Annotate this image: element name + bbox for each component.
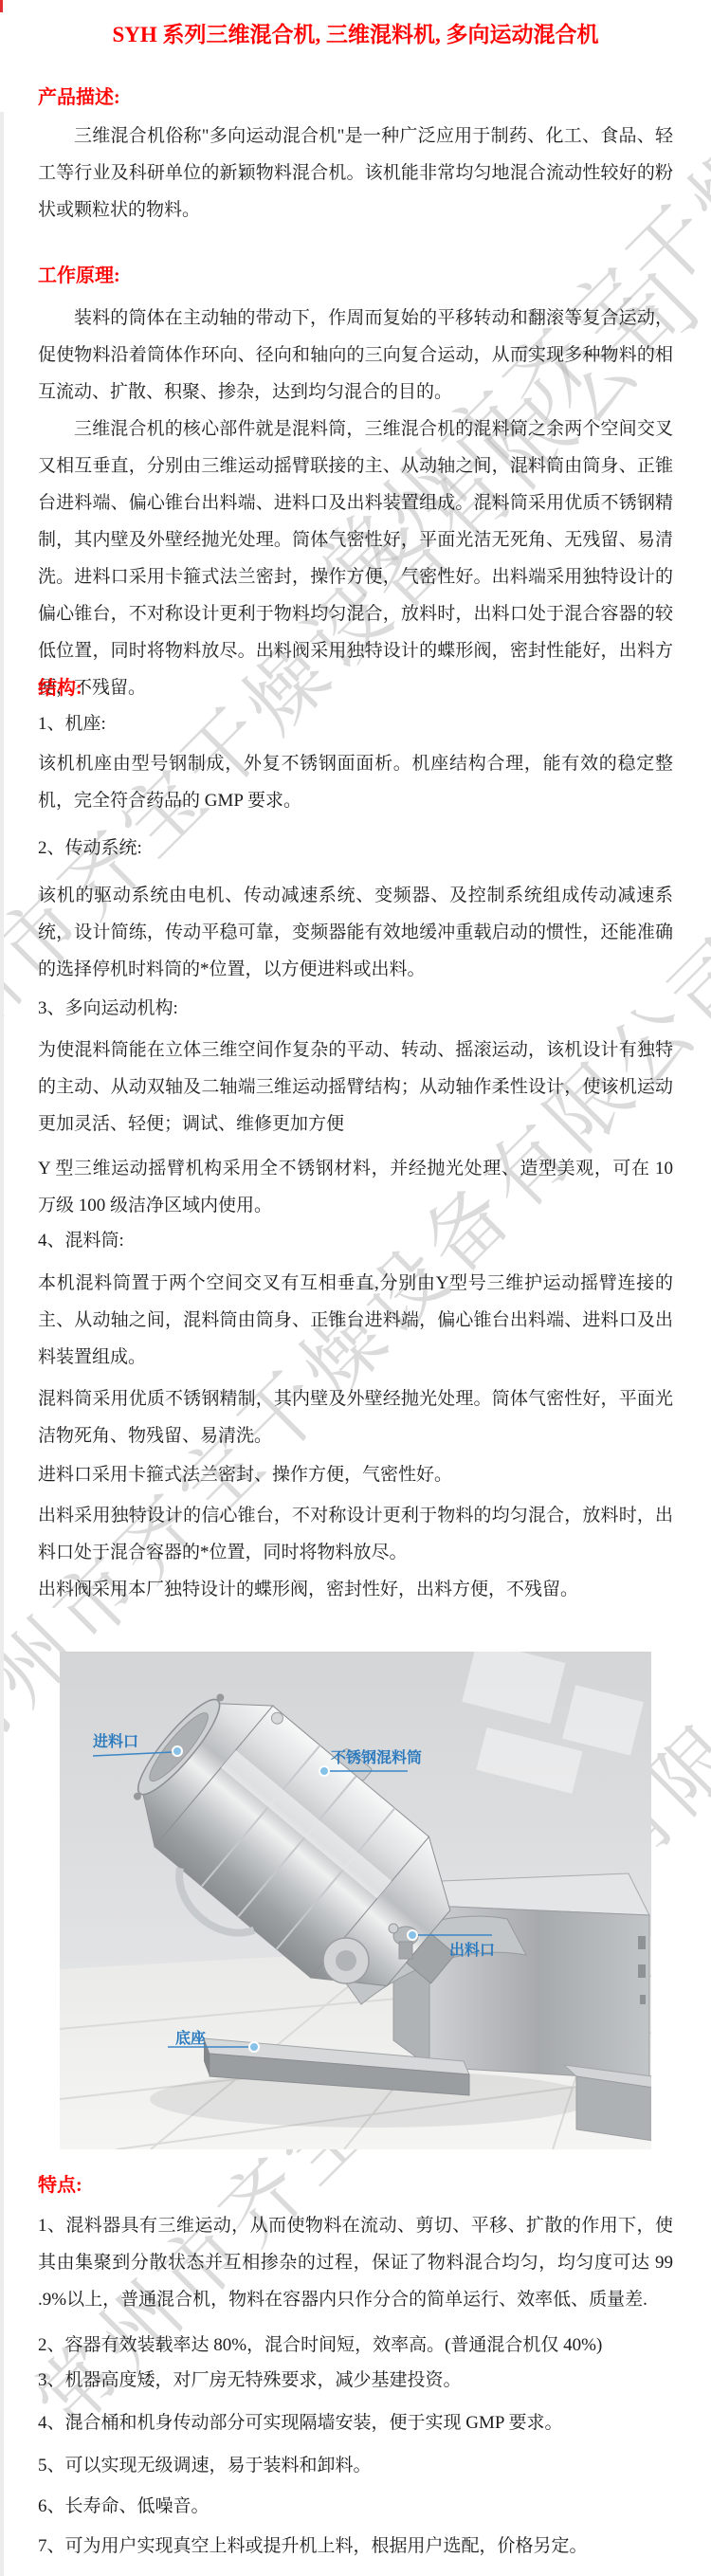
outlet-dot <box>408 1930 417 1940</box>
section-heading-working-principle: 工作原理: <box>38 260 673 287</box>
base-label: 底座 <box>175 2029 206 2047</box>
outlet-label: 出料口 <box>449 1942 495 1959</box>
structure-item-4-text-4: 出料采用独特设计的信心锥台，不对称设计更利于物料的均匀混合，放料时，出料口处于混… <box>38 1497 673 1571</box>
page-corner-mark <box>0 0 3 12</box>
product-photo: 进料口 不锈钢混料筒 出料口 底座 <box>60 1652 651 2149</box>
feature-item-2: 2、容器有效装载率达 80%，混合时间短，效率高。(普通混合机仅 40%) <box>38 2327 673 2364</box>
structure-item-4-label: 4、混料筒: <box>38 1226 673 1251</box>
page-title: SYH 系列三维混合机, 三维混料机, 多向运动混合机 <box>0 17 711 48</box>
structure-item-3-text-2: Y 型三维运动摇臂机构采用全不锈钢材料，并经抛光处理、造型美观，可在 10 万级… <box>38 1150 673 1224</box>
inlet-label: 进料口 <box>93 1733 138 1750</box>
structure-item-3-text-1: 为使混料筒能在立体三维空间作复杂的平动、转动、摇滚运动，该机设计有独特的主动、从… <box>38 1032 673 1142</box>
feature-item-1: 1、混料器具有三维运动，从而使物料在流动、剪切、平移、扩散的作用下，使其由集聚到… <box>38 2207 673 2318</box>
arm-hub-center <box>336 1950 356 1971</box>
feature-item-5: 5、可以实现无级调速，易于装料和卸料。 <box>38 2447 673 2484</box>
feature-item-4: 4、混合桶和机身传动部分可实现隔墙安装，便于实现 GMP 要求。 <box>38 2404 673 2441</box>
structure-item-1-label: 1、机座: <box>38 709 673 735</box>
product-desc-paragraph: 三维混合机俗称"多向运动混合机"是一种广泛应用于制药、化工、食品、轻工等行业及科… <box>38 118 673 228</box>
section-heading-structure: 结构: <box>38 672 673 700</box>
structure-item-1-text: 该机机座由型号钢制成，外复不锈钢面面析。机座结构合理，能有效的稳定整机，完全符合… <box>38 745 673 819</box>
structure-item-4-text-3: 进料口采用卡箍式法兰密封、操作方便，气密性好。 <box>38 1456 673 1493</box>
structure-item-4-text-1: 本机混料筒置于两个空间交叉有互相垂直,分别由Y型号三维护运动摇臂连接的主、从动轴… <box>38 1265 673 1376</box>
callout-barrel: 不锈钢混料筒 <box>319 1748 422 1776</box>
structure-item-4-text-2: 混料筒采用优质不锈钢精制，其内壁及外壁经抛光处理。筒体气密性好，平面光洁物死角、… <box>38 1380 673 1454</box>
feature-item-6: 6、长寿命、低噪音。 <box>38 2488 673 2525</box>
inlet-dot <box>173 1746 182 1756</box>
structure-item-4-text-5: 出料阀采用本厂独特设计的蝶形阀，密封性好，出料方便，不残留。 <box>38 1571 673 1608</box>
section-heading-features: 特点: <box>38 2169 673 2197</box>
document-page: 常州市齐宝干燥设备有限公司 常州市齐宝干燥设备有限公司 常州市齐宝干燥设备有限公… <box>0 0 711 2576</box>
barrel-dot <box>319 1766 329 1776</box>
working-principle-paragraph-1: 装料的筒体在主动轴的带动下，作周而复始的平移转动和翻滚等复合运动，促使物料沿着筒… <box>38 300 673 411</box>
page-edge-strip <box>0 112 4 2576</box>
working-principle-paragraph-2: 三维混合机的核心部件就是混料筒，三维混合机的混料筒之余两个空间交叉又相互垂直，分… <box>38 411 673 706</box>
structure-item-3-label: 3、多向运动机构: <box>38 994 673 1019</box>
structure-item-2-text: 该机的驱动系统由电机、传动减速系统、变频器、及控制系统组成传动减速系统，设计简练… <box>38 877 673 988</box>
structure-item-2-label: 2、传动系统: <box>38 833 673 859</box>
base-dot <box>249 2042 259 2052</box>
section-heading-product-desc: 产品描述: <box>38 82 673 109</box>
feature-item-3: 3、机器高度矮，对厂房无特殊要求，减少基建投资。 <box>38 2362 673 2399</box>
feature-item-7: 7、可为用户实现真空上料或提升机上料，根据用户选配，价格另定。 <box>38 2528 673 2565</box>
barrel-label: 不锈钢混料筒 <box>331 1748 422 1766</box>
